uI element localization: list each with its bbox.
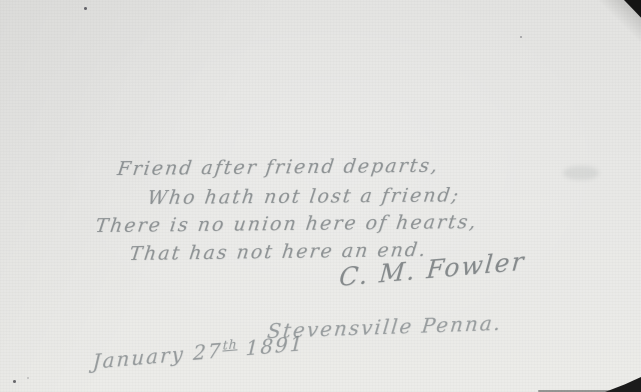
dust-speck (520, 36, 522, 38)
date-year: 1891 (245, 331, 305, 360)
dust-speck (27, 377, 29, 379)
dust-speck (13, 380, 16, 383)
top-right-corner-mark (621, 0, 641, 20)
dust-speck (84, 7, 87, 10)
poem-line-2: Who hath not lost a friend; (146, 184, 462, 209)
date-day-month: January 27 (92, 338, 223, 374)
poem-line-1: Friend after friend departs, (116, 155, 441, 180)
date-line: January 27th 1891 (92, 330, 305, 373)
poem-line-3: There is no union here of hearts, (94, 211, 479, 237)
faint-smudge (563, 166, 599, 180)
date-ordinal: th (222, 336, 238, 352)
bottom-right-corner-mark (605, 375, 641, 392)
album-page-photo: Friend after friend departs, Who hath no… (0, 0, 641, 392)
